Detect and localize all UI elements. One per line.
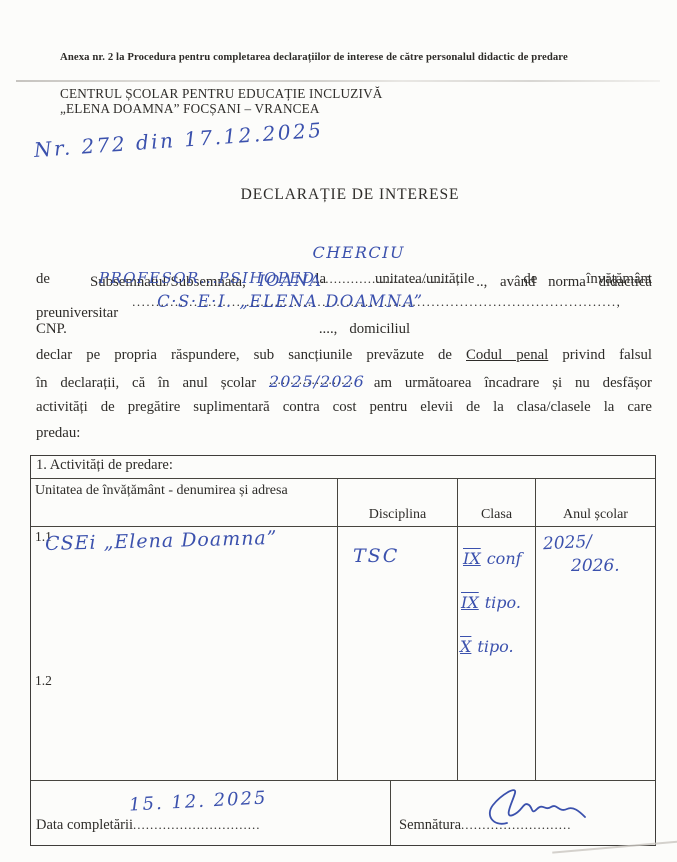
class-grade: X (460, 637, 471, 656)
column-header-unit: Unitatea de învățământ - denumirea și ad… (31, 479, 338, 526)
static-text: de (36, 271, 50, 287)
school-field: ........................................… (132, 292, 652, 318)
school-year-field: ....................2025/2026 (269, 369, 361, 397)
table-section-title: 1. Activități de predare: (31, 456, 655, 479)
handwritten-school: C·S·E·I. „ELENA DOAMNA” (157, 289, 423, 315)
static-text: de (523, 271, 537, 287)
scan-artifact-line-top (16, 80, 660, 82)
static-text: declar pe propria răspundere, sub sancți… (36, 347, 452, 363)
scanned-declaration-document: Anexa nr. 2 la Procedura pentru completa… (0, 0, 677, 862)
static-text: domiciliul (349, 317, 410, 343)
class-grade: IX (463, 549, 481, 568)
handwritten-class-entry: Xtipo. (460, 637, 514, 656)
column-divider (535, 527, 536, 780)
class-grade: IX (461, 593, 479, 612)
handwritten-unit-name: CSEi „Elena Doamna” (45, 527, 278, 555)
activities-table: 1. Activități de predare: Unitatea de în… (30, 455, 656, 846)
column-divider (337, 527, 338, 780)
signature-cell: Semnătura.......................... (391, 781, 655, 845)
static-text: activități de pregătire suplimentară con… (36, 399, 652, 415)
completion-date-cell: Data completării........................… (31, 781, 391, 845)
row-index-1-2: 1.2 (35, 673, 52, 689)
signature (473, 781, 593, 836)
signature-label: Semnătura (399, 817, 461, 833)
paragraph-line-7: activități de pregătire suplimentară con… (36, 395, 652, 421)
handwritten-school-year: 2025/2026 (269, 372, 365, 391)
column-header-class: Clasa (458, 479, 536, 526)
declaration-paragraph: Subsemnatul/Subsemnata, ................… (36, 240, 652, 446)
column-divider (457, 527, 458, 780)
school-name-line2: „ELENA DOAMNA” FOCȘANI – VRANCEA (60, 101, 320, 117)
paragraph-line-8: predau: (36, 421, 652, 447)
paragraph-line-6: în declarații, că în anul școlar .......… (36, 369, 652, 395)
static-text: am următoarea încadrare și nu desfășor (374, 375, 652, 391)
handwritten-year-part2: 2026. (571, 556, 620, 576)
table-footer-row: Data completării........................… (31, 781, 655, 845)
name-field: ........................................… (258, 240, 463, 296)
static-text: privind falsul (562, 347, 652, 363)
table-header-row: Unitatea de învățământ - denumirea și ad… (31, 479, 655, 527)
handwritten-registration-number: Nr. 272 din 17.12.2025 (33, 118, 324, 162)
handwritten-discipline: TSC (353, 545, 399, 567)
column-header-school-year: Anul școlar (536, 479, 655, 526)
static-text: învățământ (586, 271, 652, 287)
underlined-reference: Codul penal (466, 347, 548, 363)
handwritten-year-part1: 2025/ (543, 532, 593, 555)
class-profile: tipo. (477, 637, 513, 656)
signature-stroke (473, 781, 593, 831)
paragraph-line-4: CNP. ...., domiciliul (36, 317, 652, 343)
paragraph-line-3: preuniversitar .........................… (36, 292, 652, 318)
static-text: ...., (319, 317, 338, 343)
static-text: CNP. (36, 317, 67, 343)
document-title: DECLARAȚIE DE INTERESE (30, 186, 670, 204)
paragraph-line-5: declar pe propria răspundere, sub sancți… (36, 343, 652, 369)
date-label: Data completării (36, 817, 133, 833)
column-header-discipline: Disciplina (338, 479, 458, 526)
handwritten-completion-date: 15. 12. 2025 (129, 787, 268, 815)
table-body: 1.1 1.2 CSEi „Elena Doamna” TSC IXconf I… (31, 527, 655, 781)
class-profile: conf (487, 549, 522, 568)
annex-note: Anexa nr. 2 la Procedura pentru completa… (60, 51, 640, 64)
static-text: în declarații, că în anul școlar (36, 375, 256, 391)
school-name-line1: CENTRUL ȘCOLAR PENTRU EDUCAȚIE INCLUZIVĂ (60, 86, 383, 102)
dotted-line: .............................. (133, 817, 261, 832)
handwritten-class-entry: IXtipo. (461, 593, 521, 612)
paragraph-line-1: Subsemnatul/Subsemnata, ................… (36, 240, 652, 266)
class-profile: tipo. (485, 593, 521, 612)
static-text: predau: (36, 425, 80, 441)
handwritten-class-entry: IXconf (463, 549, 522, 568)
